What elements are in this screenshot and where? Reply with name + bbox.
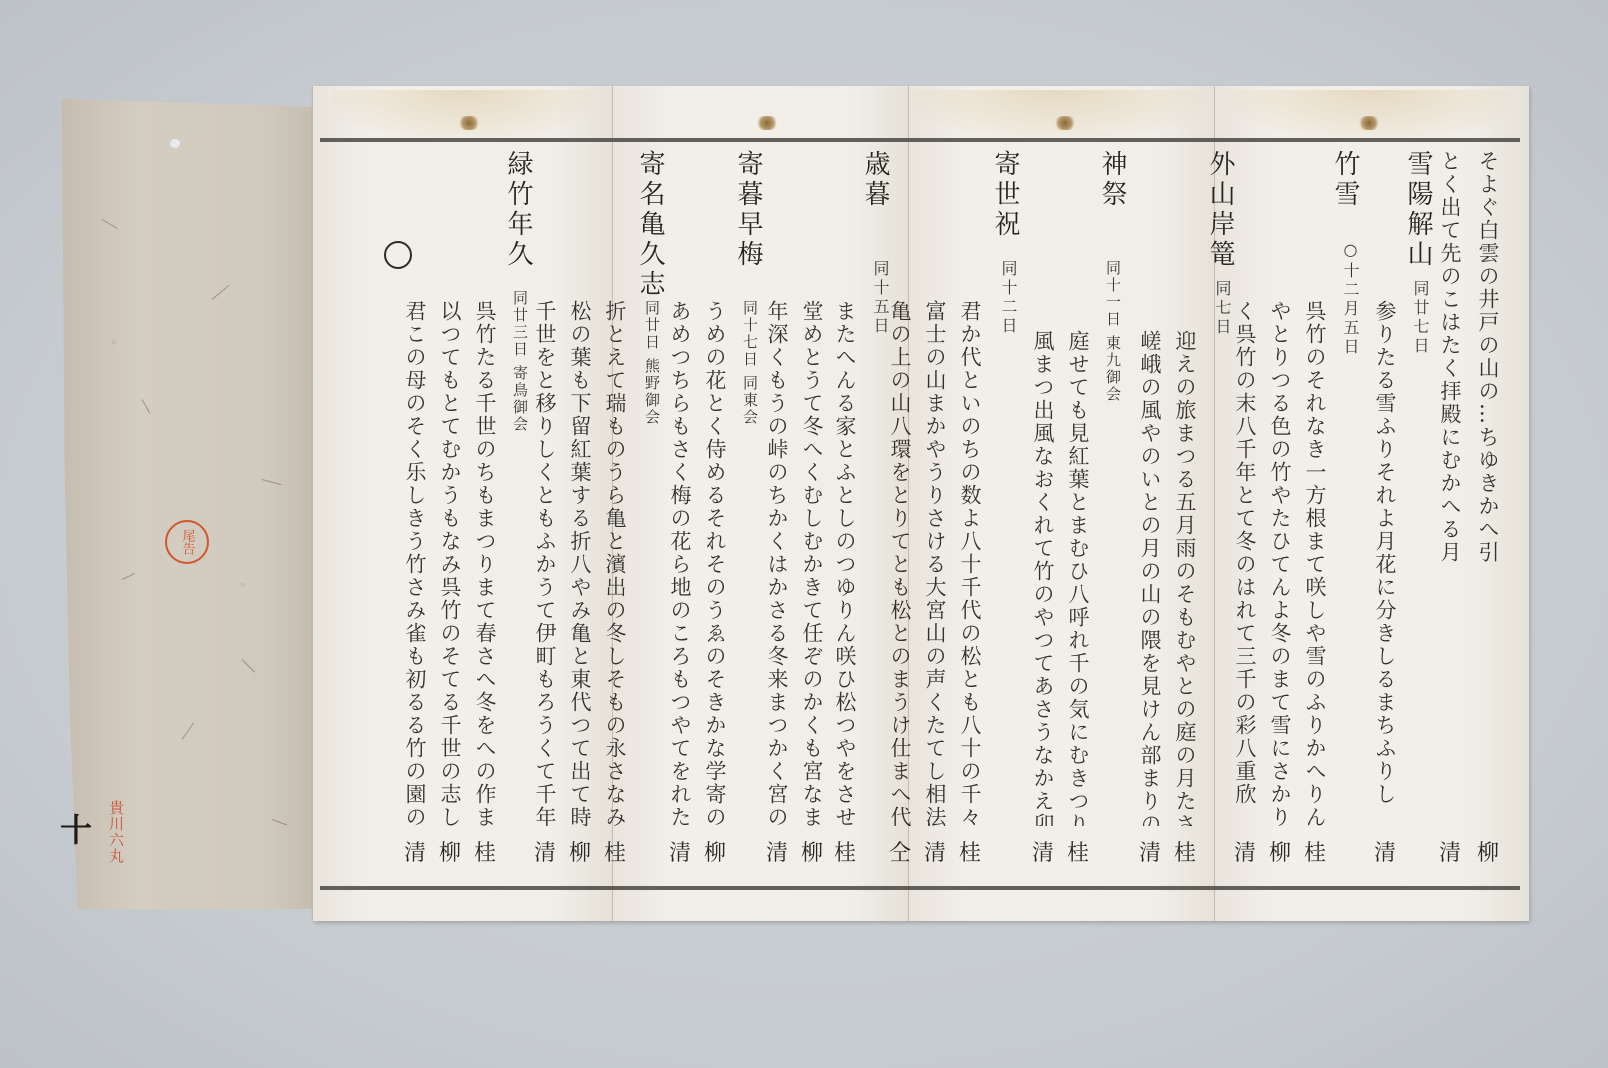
text-column-verse: 庭せても見紅葉とまむひ八呼れ千の気にむきつり [1066,330,1090,826]
author-signature: 柳 [1267,836,1293,867]
author-signature: 清 [1437,836,1463,867]
author-signature: 柳 [1475,836,1501,867]
text-column-sub: 同十七日 同東会 [738,300,762,426]
paper-fiber [122,573,135,580]
page-panel-3 [908,86,1215,921]
text-column-verse: そよぐ白雲の井戸の山の…ちゆきかへ引 [1476,150,1500,564]
text-column-verse: く呉竹の末八千年とて冬のはれて三千の彩八重欣 [1233,300,1257,806]
text-column-sub: 同十一日 東九御会 [1101,260,1125,403]
water-stain [1232,90,1512,138]
text-column-title: 竹雪 [1333,150,1357,210]
text-column-verse: 迎えの旅まつる五月雨のそもむやとの庭の月たさ清らん [1173,330,1197,826]
author-signature: 清 [1372,836,1398,867]
text-column-verse: 呉竹たる千世のちもまつりまて春さへ冬をへの作まうる花 [473,300,497,826]
text-column-verse: 千世をと移りしくともふかうて伊町もろうくて千年かる [533,300,557,826]
text-column-verse: 年深くもうの峠のちかくはかさる冬来まつかく宮の山く [765,300,789,826]
text-column-sub: 同廿三日 寄鳥御会 [508,290,532,433]
author-signature: 柳 [702,836,728,867]
text-column-date: 同七日 [1210,280,1234,337]
document-pages: そよぐ白雲の井戸の山の…ちゆきかへ引柳とく出て先のこはたく拝殿にむかへる月清雪陽… [312,86,1528,921]
text-column-title: 緑竹年久 [506,150,530,270]
top-border-rule [320,138,1520,142]
author-signature: 桂 [472,836,498,867]
author-signature: 桂 [1302,836,1328,867]
text-column-verse: うめの花とく侍めるそれそのうゑのそきかな学寄の待しく [703,300,727,826]
water-stain [912,90,1202,138]
author-signature: 柳 [799,836,825,867]
author-signature: 清 [532,836,558,867]
author-signature: 柳 [437,836,463,867]
text-column-title: 神祭 [1100,150,1124,210]
text-column-verse: またへんる家とふとしのつゆりん咲ひ松つやをさせこし [833,300,857,826]
text-column-title: 寄世祝 [993,150,1017,240]
binding-tear [1358,116,1380,130]
author-signature: 清 [402,836,428,867]
text-column-title: 寄暮早梅 [736,150,760,270]
paper-fiber [272,819,287,825]
author-signature: 清 [1030,836,1056,867]
text-column-verse: 富士の山まかやうりさける大宮山の声くたてし相法母不お方れ [923,300,947,826]
text-column-sub: 同廿日 熊野御会 [640,300,664,426]
binding-tear [1054,116,1076,130]
paper-fiber [242,659,255,672]
text-column-verse: 松の葉も下留紅葉する折八やみ亀と東代つて出て時やうろう [568,300,592,826]
text-column-date: 同十五日 [868,260,892,336]
binding-tear [458,116,480,130]
ink-mark: 十 [60,805,92,851]
text-column-verse: とく出て先のこはたく拝殿にむかへる月 [1438,150,1462,564]
water-stain [332,90,592,138]
author-signature: 清 [1137,836,1163,867]
text-column-verse: 参りたる雪ふりそれよ月花に分きしるまちふりし [1373,300,1397,806]
text-column-title: 雪陽解山 [1406,150,1430,270]
author-signature: 清 [764,836,790,867]
author-signature: 清 [667,836,693,867]
red-annotation: 貴川六丸 [106,800,127,864]
text-column-verse: 嵯峨の風やのいとの月の山の隈を見けん部まりの月みるら [1138,330,1162,826]
circle-mark [384,241,412,269]
author-signature: 桂 [1172,836,1198,867]
text-column-verse: 呉竹のそれなき一方根まて咲しや雪のふりかへりん [1303,300,1327,826]
author-signature: 柳 [567,836,593,867]
red-ownership-seal: 尾告 [165,520,209,564]
author-signature: 清 [1232,836,1258,867]
binding-tear [756,116,778,130]
text-column-verse: やとりつる色の竹やたひてんよ冬のまて雪にさかり [1268,300,1292,826]
text-column-verse: 風まつ出風なおくれて竹のやつてあさうなかえ卯の斎 [1031,330,1055,826]
text-column-verse: 君この母のそく乐しきう竹さみ雀も初るる竹の園の南 [403,300,427,826]
text-column-verse: 亀の上の山八環をとりてとも松とのまうけ仕まへ代 [888,300,912,826]
author-signature: 桂 [832,836,858,867]
bottom-border-rule [320,886,1520,890]
text-column-title: 外山岸篭 [1208,150,1232,270]
text-column-title: 歳暮 [863,150,887,210]
text-column-verse: 君か代といのちの数よ八十千代の松とも八十の千々の所母 [958,300,982,826]
text-column-verse: 折とえて瑞ものうら亀と濱出の冬しそもの永さなみ日に寒 [603,300,627,826]
author-signature: 桂 [957,836,983,867]
text-column-verse: 以つてもとてむかうもなみ呉竹のそてる千世の志しもきる九 [438,300,462,826]
paper-fiber [182,723,194,740]
paper-fiber [212,285,229,300]
text-column-verse: あめつちらもさく梅の花ら地のころもつやてをれたれ入れ [668,300,692,826]
author-signature: 桂 [1065,836,1091,867]
text-column-title: 寄名亀久志 [638,150,662,300]
author-signature: 清 [922,836,948,867]
booklet-cover-flap [62,99,320,909]
text-column-date: 同十二日 [996,260,1020,336]
paper-fiber [262,479,282,485]
paper-fiber [102,219,118,229]
text-column-verse: 堂めとうて冬へくむしむかきて任ぞのかくも宮なまり [800,300,824,826]
text-column-date: 同廿七日 [1408,280,1432,356]
text-column-date: ○十二月五日 [1338,240,1362,357]
author-signature: 仝 [887,836,913,867]
paper-fiber [142,399,151,413]
author-signature: 桂 [602,836,628,867]
binding-hole [170,139,180,148]
